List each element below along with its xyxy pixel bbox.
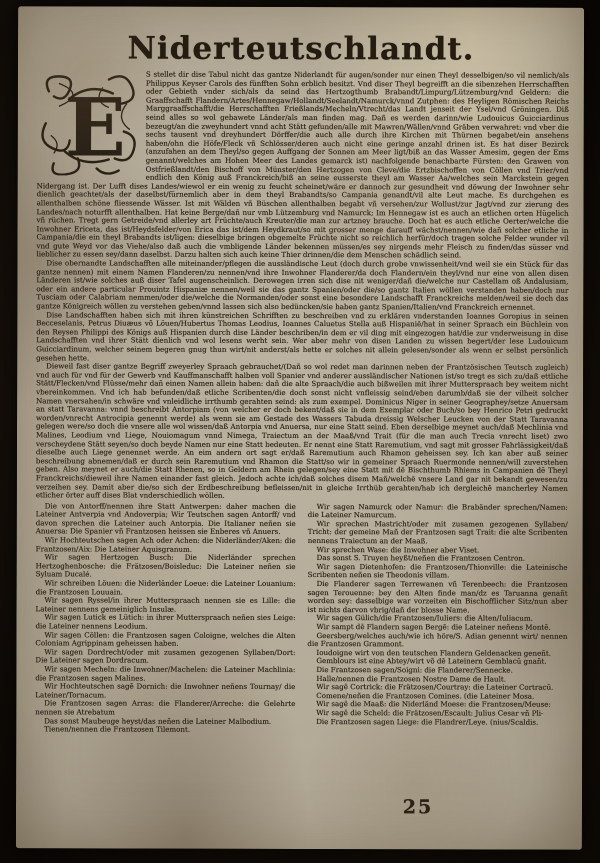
- photo-of-book-page: Niderteutschlandt.: [0, 0, 600, 863]
- gazetteer-entry: Wir sprechen Mastricht/oder mit zusamen …: [308, 520, 568, 546]
- gazetteer-entry: Wir sagen Cöllen: die Frantzosen sagen C…: [35, 631, 295, 649]
- gazetteer-entry: Wir schreiben Löuen: die Niderländer Loe…: [36, 579, 296, 597]
- gazetteer-entry: Die Flanderer sagen Terrewanen vñ Terenb…: [308, 580, 568, 615]
- gazetteer-entry: Wir sagen Dietenhofen: die Frantzosen/Th…: [308, 563, 568, 581]
- paragraph-authors: Dise Landschafften haben sich mit ihren …: [36, 311, 568, 364]
- left-column: Die von Antorff/nennen ihre Statt Antwer…: [35, 502, 296, 735]
- right-column: Wir sagen Namurck oder Namur: die Brabän…: [307, 503, 568, 736]
- book-page: Niderteutschlandt.: [16, 6, 584, 849]
- page-title: Niderteutschlandt.: [18, 30, 584, 67]
- gazetteer-entry: Wir sagen Namurck oder Namur: die Brabän…: [308, 503, 568, 521]
- gazetteer-entry: Wir sagen Hertzogen Busch: Die Niderländ…: [36, 554, 296, 580]
- page-body-text: E S stellet dir dise Tabul nicht das gan…: [35, 70, 569, 735]
- gazetteer-entry: Die von Antorff/nennen ihre Statt Antwer…: [36, 502, 296, 537]
- gazetteer-entry: Tienen/nennen die Frantzosen Tilemont.: [35, 725, 295, 734]
- paragraph-flanders-name: Dise obernandte Landschafften alle mitei…: [36, 259, 568, 312]
- gazetteer-entry: Wir sagen Dordrecht/oder mit zusamen gez…: [35, 648, 295, 666]
- woodcut-initial-icon: E: [39, 71, 139, 175]
- page-number: 25: [388, 796, 448, 818]
- svg-text:E: E: [65, 80, 126, 174]
- gazetteer-entry: Wir sagen Lutick es Lütich: in ihrer Mut…: [35, 614, 295, 632]
- gazetteer-entry: Wir Hochteutschen sagē Dornich: die Inwo…: [35, 682, 295, 700]
- gazetteer-entry: Wir sagen Ryssel/in ihrer Mutterspraach …: [36, 597, 296, 615]
- gazetteer-entry: Wir Hochteutschen sagen Ach oder Achen: …: [36, 536, 296, 554]
- gazetteer-entry: Die Frantzosen sagen Arras: die Flandere…: [35, 700, 295, 718]
- gazetteer-entry: Geersberg/welches auch/wie ich höre/S. A…: [307, 632, 567, 650]
- paragraph-two-languages: Dieweil fast diser gantze Begriff zweyer…: [36, 362, 568, 501]
- place-name-columns: Die von Antorff/nennen ihre Statt Antwer…: [35, 502, 568, 735]
- gazetteer-entry: Die Frantzosen sagen Liege: die Flandrer…: [307, 718, 567, 727]
- opening-paragraph: E S stellet dir dise Tabul nicht das gan…: [36, 70, 568, 260]
- gazetteer-entry: Wir sagen Mecheln: die Inwohner/Machelen…: [35, 665, 295, 683]
